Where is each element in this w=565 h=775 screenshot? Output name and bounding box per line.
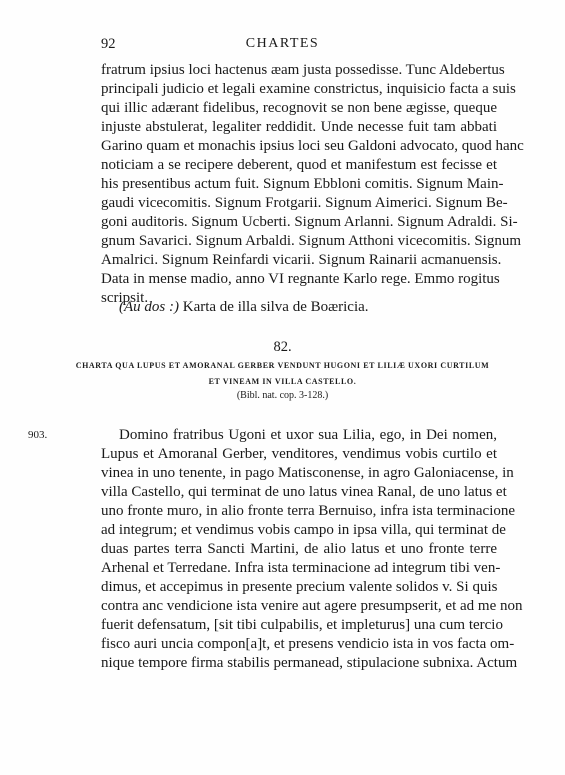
endorsement-text: Karta de illa silva de Boæricia. (179, 299, 369, 315)
text-line: gaudi vicecomitis. Signum Frotgarii. Sig… (101, 194, 497, 213)
text-line: contra anc vendicione ista venire aut ag… (101, 597, 497, 616)
text-line: villa Castello, qui terminat de uno latu… (101, 483, 497, 502)
source-reference: (Bibl. nat. cop. 3-128.) (0, 390, 565, 401)
text-line: Amalrici. Signum Reinfardi vicarii. Sign… (101, 251, 497, 270)
text-line: dimus, et accepimus in presente precium … (101, 578, 497, 597)
text-line: goni auditoris. Signum Ucberti. Signum A… (101, 213, 497, 232)
text-line: duas partes terra Sancti Martini, de ali… (101, 540, 497, 559)
text-line: Domino fratribus Ugoni et uxor sua Lilia… (119, 426, 497, 445)
text-line: fisco auri uncia compon[a]t, et presens … (101, 635, 497, 654)
text-line: noticiam a se recipere deberent, quod et… (101, 156, 497, 175)
text-line: principali judicio et legali examine con… (101, 80, 497, 99)
running-title: CHARTES (0, 36, 565, 52)
text-line: gnum Savarici. Signum Arbaldi. Signum At… (101, 232, 497, 251)
margin-date: 903. (28, 429, 47, 441)
text-line: fuerit defensatum, [sit tibi culpabilis,… (101, 616, 497, 635)
endorsement-label: (Au dos :) (119, 299, 179, 315)
text-line: Lupus et Amoranal Gerber, venditores, ve… (101, 445, 497, 464)
text-line: uno fronte muro, in alio fronte terra Be… (101, 502, 497, 521)
endorsement-line: (Au dos :) Karta de illa silva de Boæric… (119, 298, 497, 317)
text-line: fratrum ipsius loci hactenus æam justa p… (101, 61, 497, 80)
text-line: Data in mense madio, anno VI regnante Ka… (101, 270, 497, 289)
text-line: injuste abstulerat, legaliter reddidit. … (101, 118, 497, 137)
text-line: nique tempore firma stabilis permanead, … (101, 654, 497, 673)
text-line: Arhenal et Terredane. Infra ista termina… (101, 559, 497, 578)
text-line: ad integrum; et vendimus vobis campo in … (101, 521, 497, 540)
text-line: Garino quam et monachis ipsius loci seu … (101, 137, 497, 156)
text-line: vinea in uno tenente, in pago Matisconen… (101, 464, 497, 483)
text-line: his presentibus actum fuit. Signum Ebblo… (101, 175, 497, 194)
charter-rubric-line-1: CHARTA QUA LUPUS ET AMORANAL GERBER VEND… (0, 361, 565, 370)
charter-number: 82. (0, 339, 565, 356)
charter-rubric-line-2: ET VINEAM IN VILLA CASTELLO. (0, 377, 565, 386)
text-line: qui illic adærant fidelibus, recognovit … (101, 99, 497, 118)
document-page: 92 CHARTES fratrum ipsius loci hactenus … (0, 0, 565, 775)
